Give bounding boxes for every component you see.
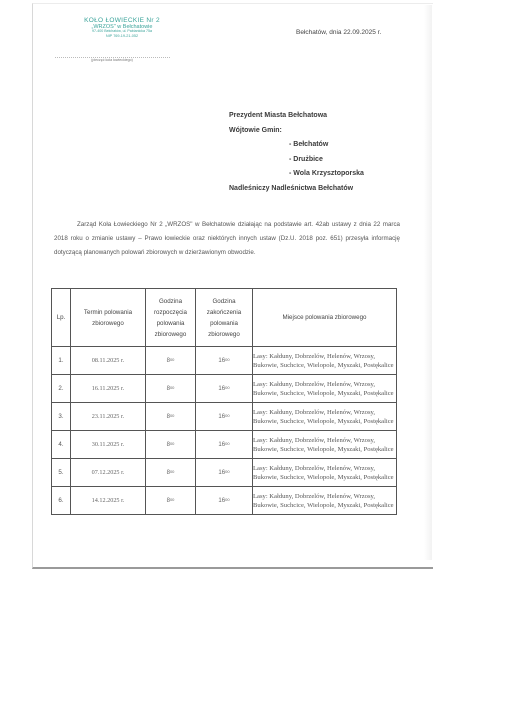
end-time: 1600 <box>196 375 253 403</box>
hunt-place: Lasy: Kałduny, Dobrzelów, Helenów, Wrzos… <box>253 375 397 403</box>
recipient-forester: Nadleśniczy Nadleśnictwa Bełchatów <box>229 185 364 200</box>
recipients-block: Prezydent Miasta Bełchatowa Wójtowie Gmi… <box>229 112 364 199</box>
row-number: 6. <box>52 487 71 515</box>
hunt-place: Lasy: Kałduny, Dobrzelów, Helenów, Wrzos… <box>253 431 397 459</box>
table-row: 5.07.12.2025 r.8001600Lasy: Kałduny, Dob… <box>52 459 397 487</box>
table-header-row: Lp. Termin polowania zbiorowego Godzina … <box>52 289 397 347</box>
table-body: 1.08.11.2025 r.8001600Lasy: Kałduny, Dob… <box>52 347 397 515</box>
row-number: 4. <box>52 431 71 459</box>
hunt-date: 23.11.2025 r. <box>71 403 146 431</box>
recipient-commune-heads: Wójtowie Gmin: <box>229 127 364 142</box>
start-time: 800 <box>146 347 196 375</box>
stamp-club-name: KOŁO ŁOWIECKIE Nr 2 <box>62 17 182 24</box>
header-start-time: Godzina rozpoczęcia polowania zbiorowego <box>146 289 196 347</box>
start-time: 800 <box>146 431 196 459</box>
document-date: Bełchatów, dnia 22.09.2025 r. <box>296 29 381 36</box>
recipient-mayor: Prezydent Miasta Bełchatowa <box>229 112 364 127</box>
letter-body-text: Zarząd Koła Łowieckiego Nr 2 „WRZOS" w B… <box>54 221 400 256</box>
hunt-date: 14.12.2025 r. <box>71 487 146 515</box>
stamp-nip: NIP 769-19-21-052 <box>62 34 182 38</box>
hunt-place: Lasy: Kałduny, Dobrzelów, Helenów, Wrzos… <box>253 403 397 431</box>
stamp-caption: (pieczęć koła łowieckiego) <box>62 58 162 62</box>
start-time: 800 <box>146 403 196 431</box>
hunt-date: 08.11.2025 r. <box>71 347 146 375</box>
table-row: 1.08.11.2025 r.8001600Lasy: Kałduny, Dob… <box>52 347 397 375</box>
start-time: 800 <box>146 459 196 487</box>
collective-hunts-table: Lp. Termin polowania zbiorowego Godzina … <box>51 288 397 515</box>
end-time: 1600 <box>196 347 253 375</box>
hunt-place: Lasy: Kałduny, Dobrzelów, Helenów, Wrzos… <box>253 459 397 487</box>
header-date: Termin polowania zbiorowego <box>71 289 146 347</box>
start-time: 800 <box>146 375 196 403</box>
table-row: 4.30.11.2025 r.8001600Lasy: Kałduny, Dob… <box>52 431 397 459</box>
hunt-place: Lasy: Kałduny, Dobrzelów, Helenów, Wrzos… <box>253 487 397 515</box>
row-number: 5. <box>52 459 71 487</box>
end-time: 1600 <box>196 459 253 487</box>
header-lp: Lp. <box>52 289 71 347</box>
table-row: 6.14.12.2025 r.8001600Lasy: Kałduny, Dob… <box>52 487 397 515</box>
row-number: 3. <box>52 403 71 431</box>
header-place: Miejsce polowania zbiorowego <box>253 289 397 347</box>
hunt-place: Lasy: Kałduny, Dobrzelów, Helenów, Wrzos… <box>253 347 397 375</box>
hunt-date: 30.11.2025 r. <box>71 431 146 459</box>
table-row: 2.16.11.2025 r.8001600Lasy: Kałduny, Dob… <box>52 375 397 403</box>
scanned-page-shadow <box>424 5 432 560</box>
header-end-time: Godzina zakończenia polowania zbiorowego <box>196 289 253 347</box>
start-time: 800 <box>146 487 196 515</box>
letter-body: Zarząd Koła Łowieckiego Nr 2 „WRZOS" w B… <box>54 218 400 261</box>
recipient-commune: - Drużbice <box>229 156 364 171</box>
hunt-date: 07.12.2025 r. <box>71 459 146 487</box>
recipient-commune: - Bełchatów <box>229 141 364 156</box>
table-row: 3.23.11.2025 r.8001600Lasy: Kałduny, Dob… <box>52 403 397 431</box>
end-time: 1600 <box>196 487 253 515</box>
hunting-club-stamp: KOŁO ŁOWIECKIE Nr 2 „WRZOS" w Bełchatowi… <box>62 17 182 38</box>
end-time: 1600 <box>196 403 253 431</box>
row-number: 1. <box>52 347 71 375</box>
row-number: 2. <box>52 375 71 403</box>
hunt-date: 16.11.2025 r. <box>71 375 146 403</box>
recipient-commune: - Wola Krzysztoporska <box>229 170 364 185</box>
end-time: 1600 <box>196 431 253 459</box>
